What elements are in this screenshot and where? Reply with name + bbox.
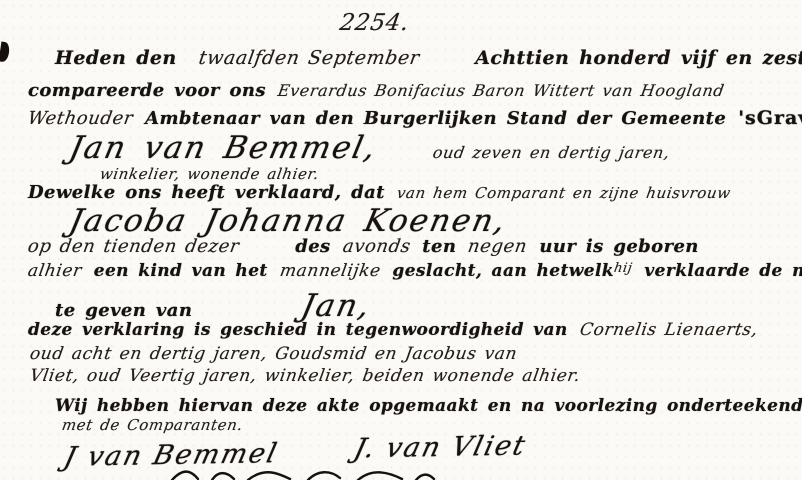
printed-compareerde: compareerde voor ons (28, 80, 266, 101)
printed-ambtenaar: Ambtenaar van den Burgerlijken Stand der… (145, 108, 726, 129)
signature-witness: J. van Vliet (355, 432, 526, 463)
written-father-occupation: winkelier, wonende alhier. (99, 165, 321, 183)
printed-een-kind: een kind van het (94, 261, 268, 281)
written-mannelijke: mannelijke (278, 261, 382, 281)
line-closing: Wij hebben hiervan deze akte opgemaakt e… (55, 396, 802, 416)
line-birth-time: op den tienden dezerdesavondstennegenuur… (28, 236, 699, 257)
written-child-name: Jan, (299, 288, 375, 324)
line-office: WethouderAmbtenaar van den Burgerlijken … (28, 107, 802, 129)
act-number-value: 2254. (338, 10, 411, 36)
printed-te-geven-van: te geven van (55, 300, 192, 321)
written-birth-day: op den tienden dezer (26, 236, 241, 257)
gothic-gravenhage: 'sGravenhage , (738, 107, 802, 129)
written-witness1-details: oud acht en dertig jaren, Goudsmid en Ja… (28, 344, 518, 364)
scanned-birth-record: { "colors": { "ink": "#17120e", "paper":… (0, 0, 802, 480)
printed-des: des (295, 236, 330, 257)
line-father-occupation: winkelier, wonende alhier. (100, 164, 319, 183)
printed-dewelke: Dewelke ons heeft verklaard, dat (28, 182, 385, 203)
printed-closing: Wij hebben hiervan deze akte opgemaakt e… (55, 396, 802, 416)
written-alhier: alhier (26, 261, 83, 281)
written-wethouder: Wethouder (26, 108, 134, 129)
written-comparant: van hem Comparant en zijne huisvrouw (395, 184, 732, 202)
line-child-name: te geven vanJan, (55, 288, 371, 324)
partial-signature-icon (168, 467, 438, 480)
printed-ten: ten (422, 236, 456, 257)
written-met-comparanten: met de Comparanten. (61, 416, 245, 434)
written-mother-name: Jacoba Johanna Koenen, (66, 203, 510, 239)
line-closing-insert: met de Comparanten. (62, 415, 243, 434)
written-date: twaalfden September (197, 47, 421, 69)
line-father: Jan van Bemmel,oud zeven en dertig jaren… (70, 130, 669, 166)
written-father-age: oud zeven en dertig jaren, (431, 143, 671, 162)
written-hij-insert: hij (613, 261, 634, 276)
written-registrar-name: Everardus Bonifacius Baron Wittert van H… (276, 81, 725, 100)
signature-witness-text: J. van Vliet (351, 431, 530, 465)
written-witness1-name: Cornelis Lienaerts, (578, 320, 759, 340)
printed-uur-is-geboren: uur is geboren (539, 236, 698, 257)
birth-record-page: 2254. Heden dentwaalfden SeptemberAchtti… (0, 0, 802, 480)
line-registrar: compareerde voor onsEverardus Bonifacius… (28, 80, 724, 101)
line-witness-2-details: Vliet, oud Veertig jaren, winkelier, bei… (30, 366, 580, 386)
printed-geslacht: geslacht, aan hetwelk (392, 261, 614, 281)
printed-tegenwoordigheid: deze verklaring is geschied in tegenwoor… (28, 320, 568, 340)
printed-verklaarde: verklaarde de naam (644, 261, 802, 281)
act-number: 2254. (340, 10, 409, 36)
line-child-sex: alhiereen kind van hetmannelijkegeslacht… (28, 261, 802, 281)
partial-signature-strokes (168, 466, 438, 480)
line-witness-1: deze verklaring is geschied in tegenwoor… (28, 320, 757, 340)
written-hour: negen (467, 236, 529, 257)
ink-blot (0, 41, 10, 62)
line-date: Heden dentwaalfden SeptemberAchttien hon… (55, 47, 802, 69)
line-declaration: Dewelke ons heeft verklaard, datvan hem … (28, 182, 731, 203)
printed-year: Achttien honderd vijf en zestig, (475, 47, 802, 69)
line-witness-1-details: oud acht en dertig jaren, Goudsmid en Ja… (30, 344, 517, 364)
line-mother: Jacoba Johanna Koenen, (70, 203, 506, 239)
written-father-name: Jan van Bemmel, (66, 130, 380, 166)
written-witness2-details: Vliet, oud Veertig jaren, winkelier, bei… (28, 366, 582, 386)
written-avonds: avonds (341, 236, 412, 257)
printed-heden-den: Heden den (55, 47, 177, 69)
